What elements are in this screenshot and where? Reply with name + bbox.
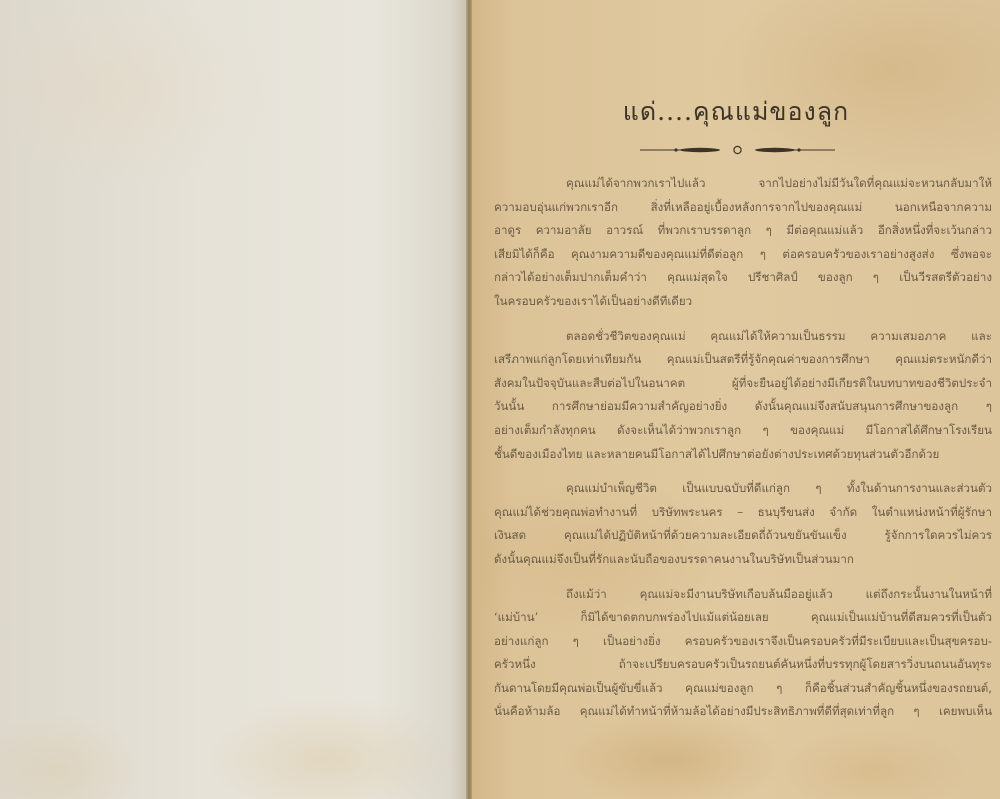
text-line: วันนั้น การศึกษาย่อมมีความสำคัญอย่างยิ่ง… [494, 395, 992, 419]
text-line: คุณแม่ได้จากพวกเราไปแล้ว จากไปอย่างไม่มี… [494, 172, 992, 196]
text-line: คุณแม่บำเพ็ญชีวิต เป็นแบบฉบับที่ดีแก่ลูก… [494, 477, 992, 501]
left-page-blank [0, 0, 468, 799]
text-line: ‘แม่บ้าน’ ก็มิได้ขาดตกบกพร่องไปแม้แต่น้อ… [494, 606, 992, 630]
right-page: แด่....คุณแม่ของลูก คุณแม่ได้จากพวกเราไป… [472, 0, 1000, 799]
text-line: สังคมในปัจจุบันและสืบต่อไปในอนาคต ผู้ที่… [494, 372, 992, 396]
page-title: แด่....คุณแม่ของลูก [472, 92, 1000, 132]
text-line: ชั้นดีของเมืองไทย และหลายคนมีโอกาสได้ไปศ… [494, 443, 992, 467]
text-line: ตลอดชั่วชีวิตของคุณแม่ คุณแม่ได้ให้ความเ… [494, 325, 992, 349]
text-line: ในครอบครัวของเราได้เป็นอย่างดีทีเดียว [494, 290, 992, 314]
text-line: อย่างแก่ลูก ๆ เป็นอย่างยิ่ง ครอบครัวของเ… [494, 630, 992, 654]
paragraph-4: ถึงแม้ว่า คุณแม่จะมีงานบริษัทเกือบล้นมือ… [494, 583, 992, 725]
text-line: เงินสด คุณแม่ได้ปฏิบัติหน้าที่ด้วยความละ… [494, 524, 992, 548]
book-spread: แด่....คุณแม่ของลูก คุณแม่ได้จากพวกเราไป… [0, 0, 1000, 799]
paragraph-2: ตลอดชั่วชีวิตของคุณแม่ คุณแม่ได้ให้ความเ… [494, 325, 992, 467]
paragraph-3: คุณแม่บำเพ็ญชีวิต เป็นแบบฉบับที่ดีแก่ลูก… [494, 477, 992, 571]
text-line: ถึงแม้ว่า คุณแม่จะมีงานบริษัทเกือบล้นมือ… [494, 583, 992, 607]
text-line: กล่าวได้อย่างเต็มปากเต็มคำว่า คุณแม่สุดใ… [494, 266, 992, 290]
text-line: กันดานโดยมีคุณพ่อเป็นผู้ขับขี่แล้ว คุณแม… [494, 677, 992, 701]
body-text: คุณแม่ได้จากพวกเราไปแล้ว จากไปอย่างไม่มี… [494, 172, 992, 735]
text-line: ดังนั้นคุณแม่จึงเป็นที่รักและนับถือของบร… [494, 548, 992, 572]
text-line: อาดูร ความอาลัย อาวรณ์ ที่พวกเราบรรดาลูก… [494, 219, 992, 243]
paragraph-1: คุณแม่ได้จากพวกเราไปแล้ว จากไปอย่างไม่มี… [494, 172, 992, 314]
ornament-divider-icon [640, 143, 835, 157]
text-line: ความอบอุ่นแก่พวกเราอีก สิ่งที่เหลืออยู่เ… [494, 196, 992, 220]
text-line: เสรีภาพแก่ลูกโดยเท่าเทียมกัน คุณแม่เป็นส… [494, 348, 992, 372]
text-line: เสียมิได้ก็คือ คุณงามความดีของคุณแม่ที่ด… [494, 243, 992, 267]
text-line: นั่นคือห้ามล้อ คุณแม่ได้ทำหน้าที่ห้ามล้อ… [494, 700, 992, 724]
text-line: ครัวหนึ่ง ถ้าจะเปรียบครอบครัวเป็นรถยนต์ค… [494, 653, 992, 677]
text-line: อย่างเต็มกำลังทุกคน ดังจะเห็นได้ว่าพวกเร… [494, 419, 992, 443]
text-line: คุณแม่ได้ช่วยคุณพ่อทำงานที่ บริษัทพระนคร… [494, 501, 992, 525]
